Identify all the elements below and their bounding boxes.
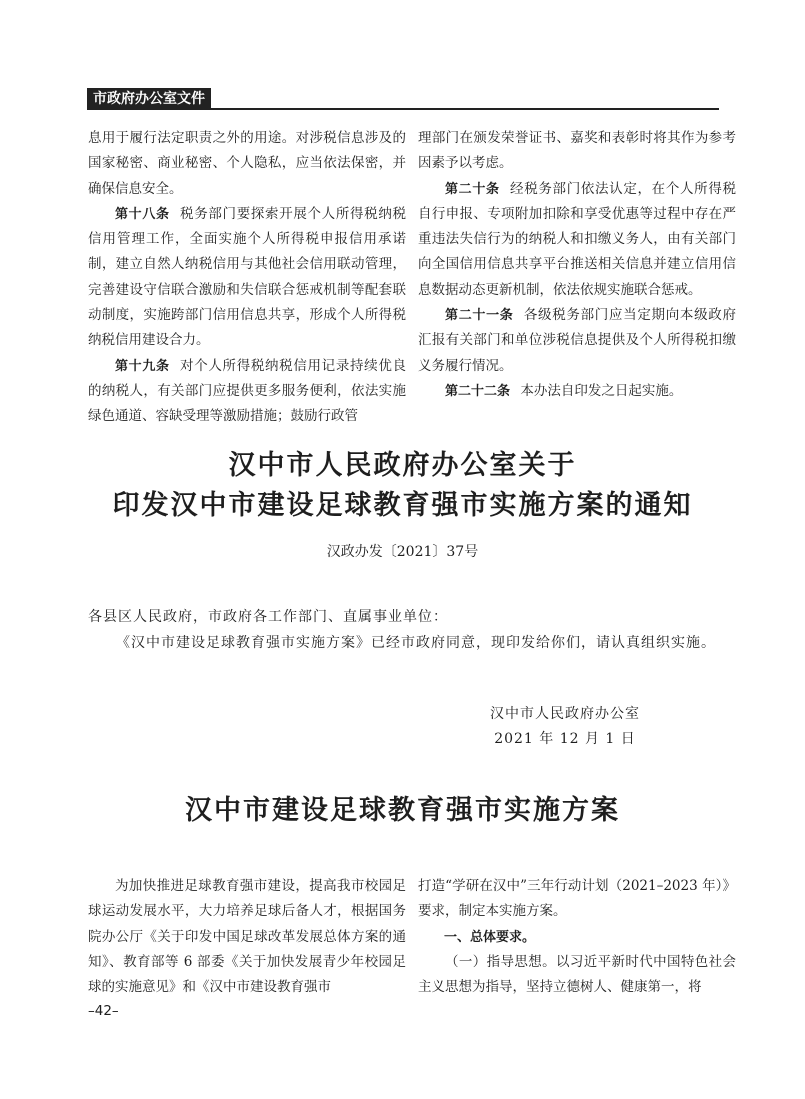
plan-title: 汉中市建设足球教育强市实施方案 [0, 788, 805, 827]
header-rule [87, 108, 719, 110]
section-header-label: 市政府办公室文件 [87, 88, 211, 110]
article-label: 第二十二条 [445, 384, 510, 399]
notice-title: 汉中市人民政府办公室关于 印发汉中市建设足球教育强市实施方案的通知 [0, 446, 805, 526]
article-20: 第二十条经税务部门依法认定，在个人所得税自行申报、专项附加扣除和享受优惠等过程中… [418, 177, 736, 303]
paragraph: 理部门在颁发荣誉证书、嘉奖和表彰时将其作为参考因素予以考虑。 [418, 126, 736, 177]
paragraph: 为加快推进足球教育强市建设，提高我市校园足球运动发展水平，大力培养足球后备人才，… [88, 874, 406, 1000]
article-label: 第十八条 [115, 207, 170, 222]
notice-title-line1: 汉中市人民政府办公室关于 [0, 446, 805, 486]
article-18: 第十八条税务部门要探索开展个人所得税纳税信用管理工作，全面实施个人所得税申报信用… [88, 202, 406, 354]
article-label: 第二十条 [445, 182, 500, 197]
notice-paragraph: 《汉中市建设足球教育强市实施方案》已经市政府同意，现印发给你们，请认真组织实施。 [88, 630, 728, 656]
salutation: 各县区人民政府，市政府各工作部门、直属事业单位： [88, 604, 728, 630]
signature-date: 2021 年 12 月 1 日 [490, 727, 640, 752]
prev-document-left-column: 息用于履行法定职责之外的用途。对涉税信息涉及的国家秘密、商业秘密、个人隐私，应当… [88, 126, 406, 430]
section-heading: 一、总体要求。 [418, 925, 736, 950]
article-label: 第十九条 [115, 359, 170, 374]
article-19: 第十九条对个人所得税纳税信用记录持续优良的纳税人，有关部门应提供更多服务便利，依… [88, 354, 406, 430]
article-21: 第二十一条各级税务部门应当定期向本级政府汇报有关部门和单位涉税信息提供及个人所得… [418, 303, 736, 379]
article-text: 税务部门要探索开展个人所得税纳税信用管理工作，全面实施个人所得税申报信用承诺制，… [88, 206, 406, 348]
notice-title-line2: 印发汉中市建设足球教育强市实施方案的通知 [0, 486, 805, 526]
article-text: 经税务部门依法认定，在个人所得税自行申报、专项附加扣除和享受优惠等过程中存在严重… [418, 181, 736, 298]
document-number: 汉政办发〔2021〕37号 [0, 541, 805, 561]
prev-document-right-column: 理部门在颁发荣誉证书、嘉奖和表彰时将其作为参考因素予以考虑。 第二十条经税务部门… [418, 126, 736, 404]
notice-body: 各县区人民政府，市政府各工作部门、直属事业单位： 《汉中市建设足球教育强市实施方… [88, 604, 728, 656]
plan-left-column: 为加快推进足球教育强市建设，提高我市校园足球运动发展水平，大力培养足球后备人才，… [88, 874, 406, 1000]
article-22: 第二十二条本办法自印发之日起实施。 [418, 379, 736, 404]
article-text: 本办法自印发之日起实施。 [520, 383, 682, 399]
signature-org: 汉中市人民政府办公室 [490, 702, 640, 727]
plan-right-column: 打造“学研在汉中”三年行动计划（2021–2023 年）》要求，制定本实施方案。… [418, 874, 736, 1000]
paragraph: 息用于履行法定职责之外的用途。对涉税信息涉及的国家秘密、商业秘密、个人隐私，应当… [88, 126, 406, 202]
signature-block: 汉中市人民政府办公室 2021 年 12 月 1 日 [490, 702, 640, 752]
paragraph: （一）指导思想。以习近平新时代中国特色社会主义思想为指导，坚持立德树人、健康第一… [418, 950, 736, 1001]
page-number: –42– [88, 1003, 119, 1019]
paragraph: 打造“学研在汉中”三年行动计划（2021–2023 年）》要求，制定本实施方案。 [418, 874, 736, 925]
article-label: 第二十一条 [445, 308, 513, 323]
